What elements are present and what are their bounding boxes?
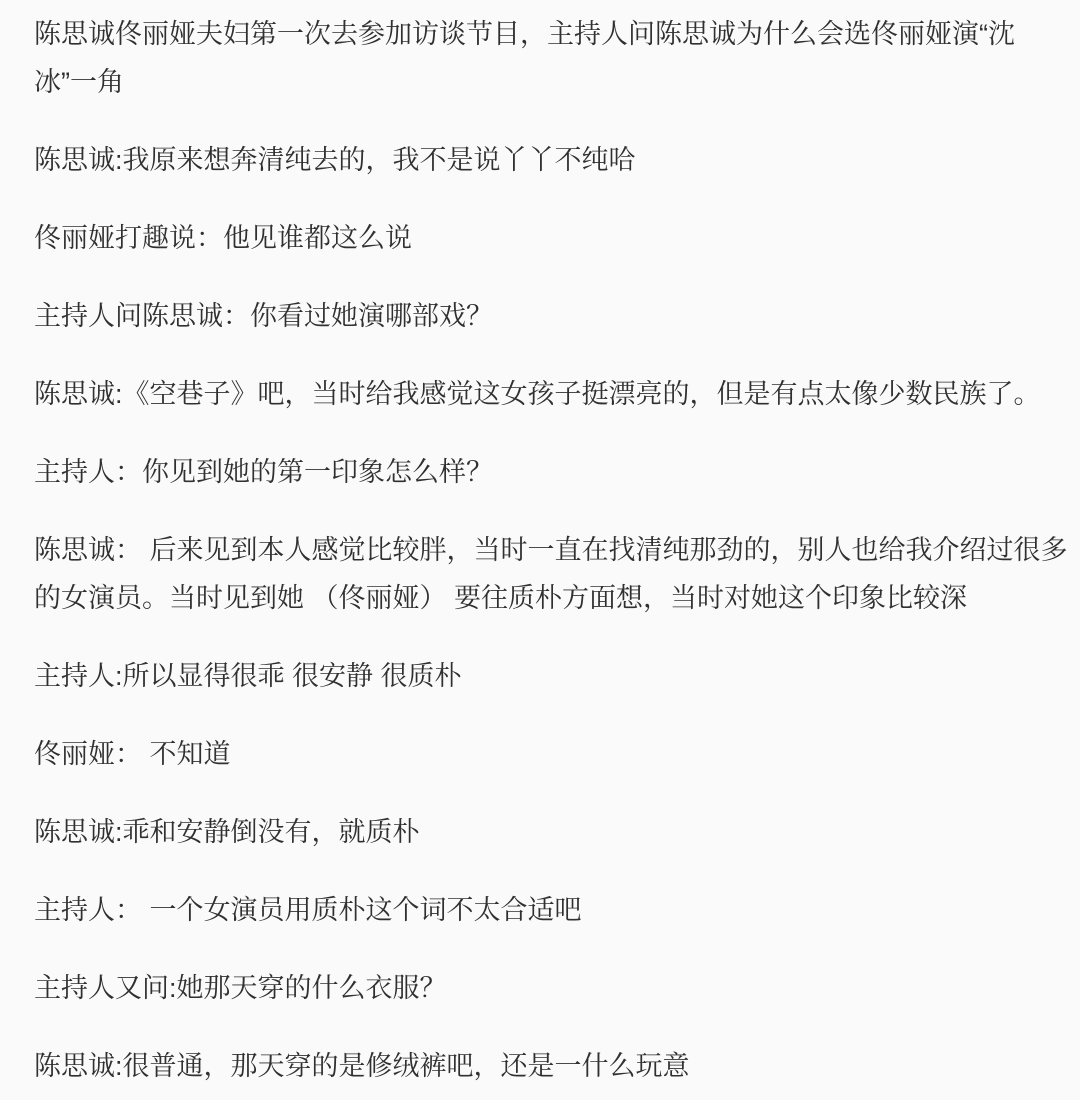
transcript-paragraph-host-4: 主持人： 一个女演员用质朴这个词不太合适吧: [34, 886, 1068, 934]
transcript-paragraph-host-1: 主持人问陈思诚：你看过她演哪部戏？: [34, 292, 1068, 340]
transcript-paragraph-host-2: 主持人：你见到她的第一印象怎么样？: [34, 448, 1068, 496]
transcript-paragraph-chen-1: 陈思诚:我原来想奔清纯去的，我不是说丫丫不纯哈: [34, 136, 1068, 184]
transcript-paragraph-tong-2: 佟丽娅： 不知道: [34, 730, 1068, 778]
transcript-paragraph-chen-4: 陈思诚:乖和安静倒没有，就质朴: [34, 808, 1068, 856]
transcript-paragraph-host-5: 主持人又问:她那天穿的什么衣服？: [34, 964, 1068, 1012]
transcript-paragraph-chen-3: 陈思诚： 后来见到本人感觉比较胖，当时一直在找清纯那劲的，别人也给我介绍过很多的…: [34, 526, 1068, 622]
transcript-paragraph-chen-5: 陈思诚:很普通，那天穿的是修绒裤吧，还是一什么玩意: [34, 1042, 1068, 1090]
transcript-paragraph-chen-2: 陈思诚:《空巷子》吧，当时给我感觉这女孩子挺漂亮的，但是有点太像少数民族了。: [34, 370, 1068, 418]
transcript-paragraph-intro: 陈思诚佟丽娅夫妇第一次去参加访谈节目，主持人问陈思诚为什么会选佟丽娅演“沈冰”一…: [34, 10, 1068, 106]
transcript-page: 陈思诚佟丽娅夫妇第一次去参加访谈节目，主持人问陈思诚为什么会选佟丽娅演“沈冰”一…: [0, 0, 1080, 1090]
transcript-paragraph-host-3: 主持人:所以显得很乖 很安静 很质朴: [34, 652, 1068, 700]
transcript-paragraph-tong-1: 佟丽娅打趣说：他见谁都这么说: [34, 214, 1068, 262]
